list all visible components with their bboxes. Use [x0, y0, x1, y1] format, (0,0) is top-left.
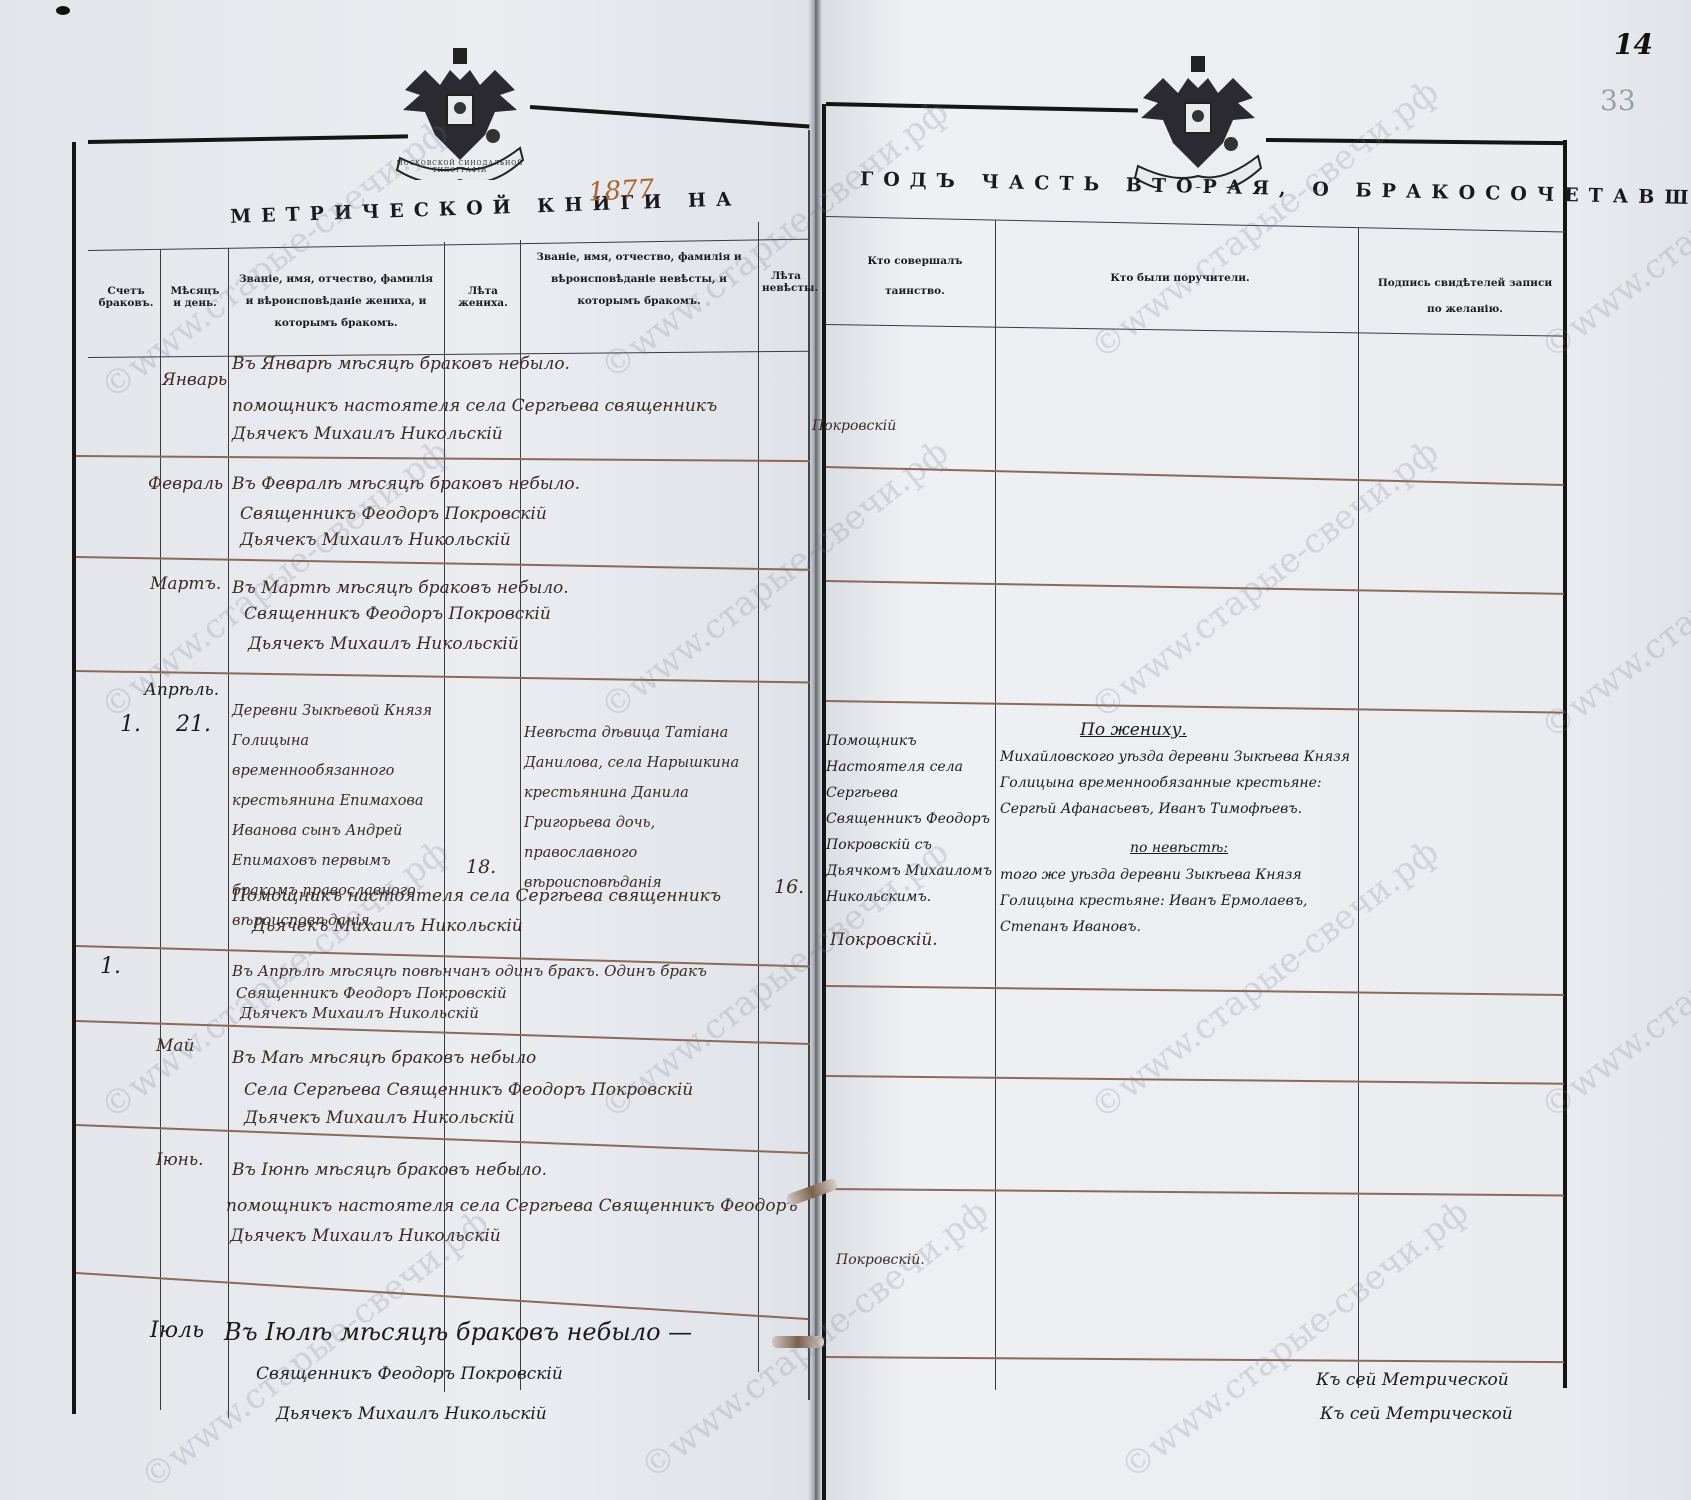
entry-apr-overflow: Покровскій. — [830, 930, 938, 950]
entry-jan-overflow: Покровскій — [812, 418, 896, 434]
entry-apr-closing-1: Помощникъ настоятеля села Сергѣева свяще… — [232, 886, 721, 906]
signature-line-1: Къ сей Метрической — [1316, 1370, 1509, 1390]
entry-may-line-2: Села Сергѣева Священникъ Феодоръ Покровс… — [244, 1080, 693, 1100]
entry-jun-line-2: помощникъ настоятеля села Сергѣева Свяще… — [226, 1196, 798, 1216]
entry-feb-line-1: Въ Февралѣ мѣсяцѣ браковъ небыло. — [232, 474, 580, 494]
book-spine — [808, 0, 822, 1500]
entry-jul-line-2: Священникъ Феодоръ Покровскій — [256, 1364, 563, 1384]
header-sponsors: Кто были поручители. — [1010, 272, 1350, 284]
entry-may-month: Май — [156, 1036, 195, 1056]
binding-thread-lower — [772, 1336, 824, 1348]
register-year: 1877 — [587, 174, 655, 207]
entry-apr-total-count: 1. — [100, 954, 121, 979]
entry-jun-month: Іюнь. — [156, 1150, 204, 1170]
sponsors-bride-header: по невѣстѣ: — [1130, 840, 1228, 856]
entry-jan-line-3: Дьячекъ Михаилъ Никольскій — [232, 424, 503, 444]
right-col-divider-2 — [1358, 228, 1359, 1388]
entry-feb-line-2: Священникъ Феодоръ Покровскій — [240, 504, 547, 524]
entry-jul-month: Іюль — [150, 1318, 204, 1343]
entry-jun-overflow: Покровскій. — [836, 1252, 925, 1268]
entry-mar-line-2: Священникъ Феодоръ Покровскій — [244, 604, 551, 624]
entry-apr-groom-age: 18. — [466, 856, 496, 878]
emblem-eagle-icon-right — [1133, 48, 1263, 188]
entry-mar-line-3: Дьячекъ Михаилъ Никольскій — [248, 634, 519, 654]
header-count: Счетъ браковъ. — [96, 285, 156, 309]
entry-jul-line-3: Дьячекъ Михаилъ Никольскій — [276, 1404, 547, 1424]
header-month-day: Мѣсяцъ и день. — [165, 285, 225, 309]
left-frame-left-rule — [72, 142, 76, 1414]
entry-apr-total-line-1: Въ Апрѣлѣ мѣсяцѣ повѣнчанъ одинъ бракъ. … — [232, 962, 707, 980]
entry-apr-total-line-3: Дьячекъ Михаилъ Никольскій — [240, 1004, 479, 1022]
header-groom-age: Лѣта жениха. — [452, 285, 514, 309]
header-officiant: Кто совершалъ таинство. — [840, 246, 990, 306]
right-col-divider-1 — [995, 220, 996, 1390]
entry-jun-line-1: Въ Іюнѣ мѣсяцѣ браковъ небыло. — [232, 1160, 547, 1180]
sponsors-bride: того же уѣзда деревни Зыкѣева Князя Голи… — [1000, 862, 1358, 940]
entry-apr-officiant: Помощникъ Настоятеля села Сергѣева Свяще… — [826, 728, 994, 910]
page-number-pencil: 33 — [1600, 84, 1636, 117]
entry-jan-month: Январь — [162, 370, 227, 390]
header-bride-age: Лѣта невѣсты. — [762, 270, 810, 294]
entry-mar-line-1: Въ Мартѣ мѣсяцѣ браковъ небыло. — [232, 578, 569, 598]
entry-apr-month: Апрѣль. — [144, 680, 219, 700]
right-frame-right-rule — [1563, 140, 1567, 1388]
page-number-ink: 14 — [1614, 28, 1653, 61]
header-bride: Званіе, имя, отчество, фамилія и вѣроисп… — [528, 246, 750, 312]
header-signatures: Подпись свидѣтелей записи по желанію. — [1370, 270, 1560, 322]
signature-line-2: Къ сей Метрической — [1320, 1404, 1513, 1424]
entry-apr-closing-2: Дьячекъ Михаилъ Никольскій — [252, 916, 523, 936]
entry-may-line-3: Дьячекъ Михаилъ Никольскій — [244, 1108, 515, 1128]
sponsors-groom: Михайловского уѣзда деревни Зыкѣева Княз… — [1000, 744, 1358, 822]
emblem-eagle-icon-left — [395, 40, 525, 180]
entry-jun-line-3: Дьячекъ Михаилъ Никольскій — [230, 1226, 501, 1246]
entry-apr-count: 1. — [120, 712, 141, 737]
left-frame-right-rule — [808, 130, 810, 1400]
entry-feb-month: Февраль — [148, 474, 223, 494]
entry-jan-line-2: помощникъ настоятеля села Сергѣева свяще… — [232, 396, 717, 416]
entry-jul-line-1: Въ Іюлѣ мѣсяцѣ браковъ небыло — — [224, 1318, 692, 1346]
emblem-ribbon-text-left: МОСКОВСКОЙ СИНОДАЛЬНОЙ ТИПОГРАФІИ — [390, 160, 530, 174]
entry-feb-line-3: Дьячекъ Михаилъ Никольскій — [240, 530, 511, 550]
entry-mar-month: Мартъ. — [150, 574, 221, 594]
entry-jan-line-1: Въ Январѣ мѣсяцѣ браковъ небыло. — [232, 354, 570, 374]
entry-apr-bride-age: 16. — [774, 876, 804, 898]
entry-apr-total-line-2: Священникъ Феодоръ Покровскій — [236, 984, 507, 1002]
ink-blot-mark — [56, 6, 70, 15]
sponsors-groom-header: По жениху. — [1080, 720, 1187, 740]
entry-apr-bride: Невѣста дѣвица Татіана Данилова, села На… — [524, 718, 754, 898]
header-groom: Званіе, имя, отчество, фамилія и вѣроисп… — [236, 268, 436, 334]
entry-may-line-1: Въ Маѣ мѣсяцѣ браковъ небыло — [232, 1048, 536, 1068]
col-divider-1 — [160, 250, 161, 1410]
entry-apr-day: 21. — [176, 712, 211, 737]
